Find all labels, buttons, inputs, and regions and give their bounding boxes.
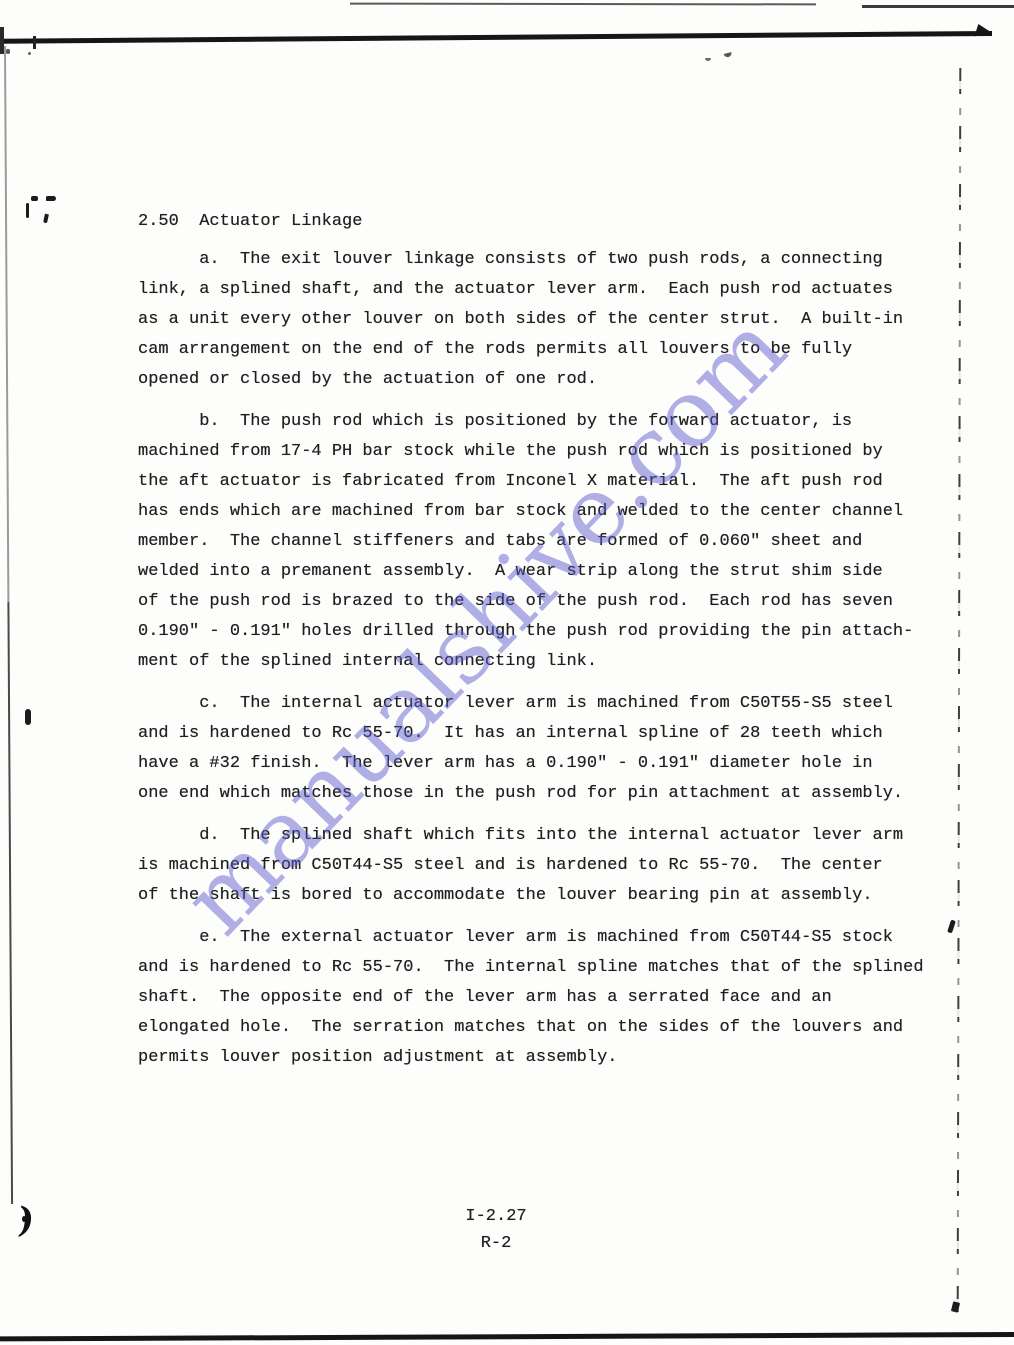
footer-page-number: I-2.27 <box>398 1203 594 1230</box>
document-content: 2.50 Actuator Linkage a. The exit louver… <box>138 207 950 1085</box>
left-border-line <box>4 46 13 1204</box>
top-edge-line <box>350 3 816 6</box>
paragraph-c: c. The internal actuator lever arm is ma… <box>138 689 950 809</box>
bottom-left-pen-dot <box>22 1216 26 1222</box>
scan-breve-mark <box>705 58 711 61</box>
scan-speck <box>28 52 31 55</box>
paragraph-e: e. The external actuator lever arm is ma… <box>138 923 950 1073</box>
top-edge-line-right <box>862 5 1014 8</box>
bottom-left-pen-mark: ) <box>16 1199 36 1240</box>
right-border-dashed-line <box>957 68 962 1316</box>
scan-speck <box>6 49 10 54</box>
section-heading: 2.50 Actuator Linkage <box>138 207 950 237</box>
page-footer: I-2.27 R-2 <box>398 1203 594 1257</box>
margin-dash-mark <box>46 196 56 201</box>
paragraph-b: b. The push rod which is positioned by t… <box>138 407 950 677</box>
scan-breve-mark <box>724 52 733 58</box>
bottom-right-arrow-mark <box>951 1301 960 1312</box>
margin-comma-mark <box>43 214 49 224</box>
footer-revision: R-2 <box>398 1230 594 1257</box>
margin-tick-mark <box>25 709 31 725</box>
bottom-border-line <box>0 1332 1014 1341</box>
paragraph-d: d. The splined shaft which fits into the… <box>138 821 950 911</box>
margin-dot-mark <box>31 196 38 201</box>
top-right-arrow-mark <box>974 24 992 41</box>
top-border-line <box>0 31 992 44</box>
paragraph-a: a. The exit louver linkage consists of t… <box>138 245 950 395</box>
top-left-tick-mark <box>33 36 36 49</box>
scanned-page: ) manualshive.com 2.50 Actuator Linkage … <box>0 0 1014 1345</box>
margin-bar-mark <box>26 203 29 218</box>
